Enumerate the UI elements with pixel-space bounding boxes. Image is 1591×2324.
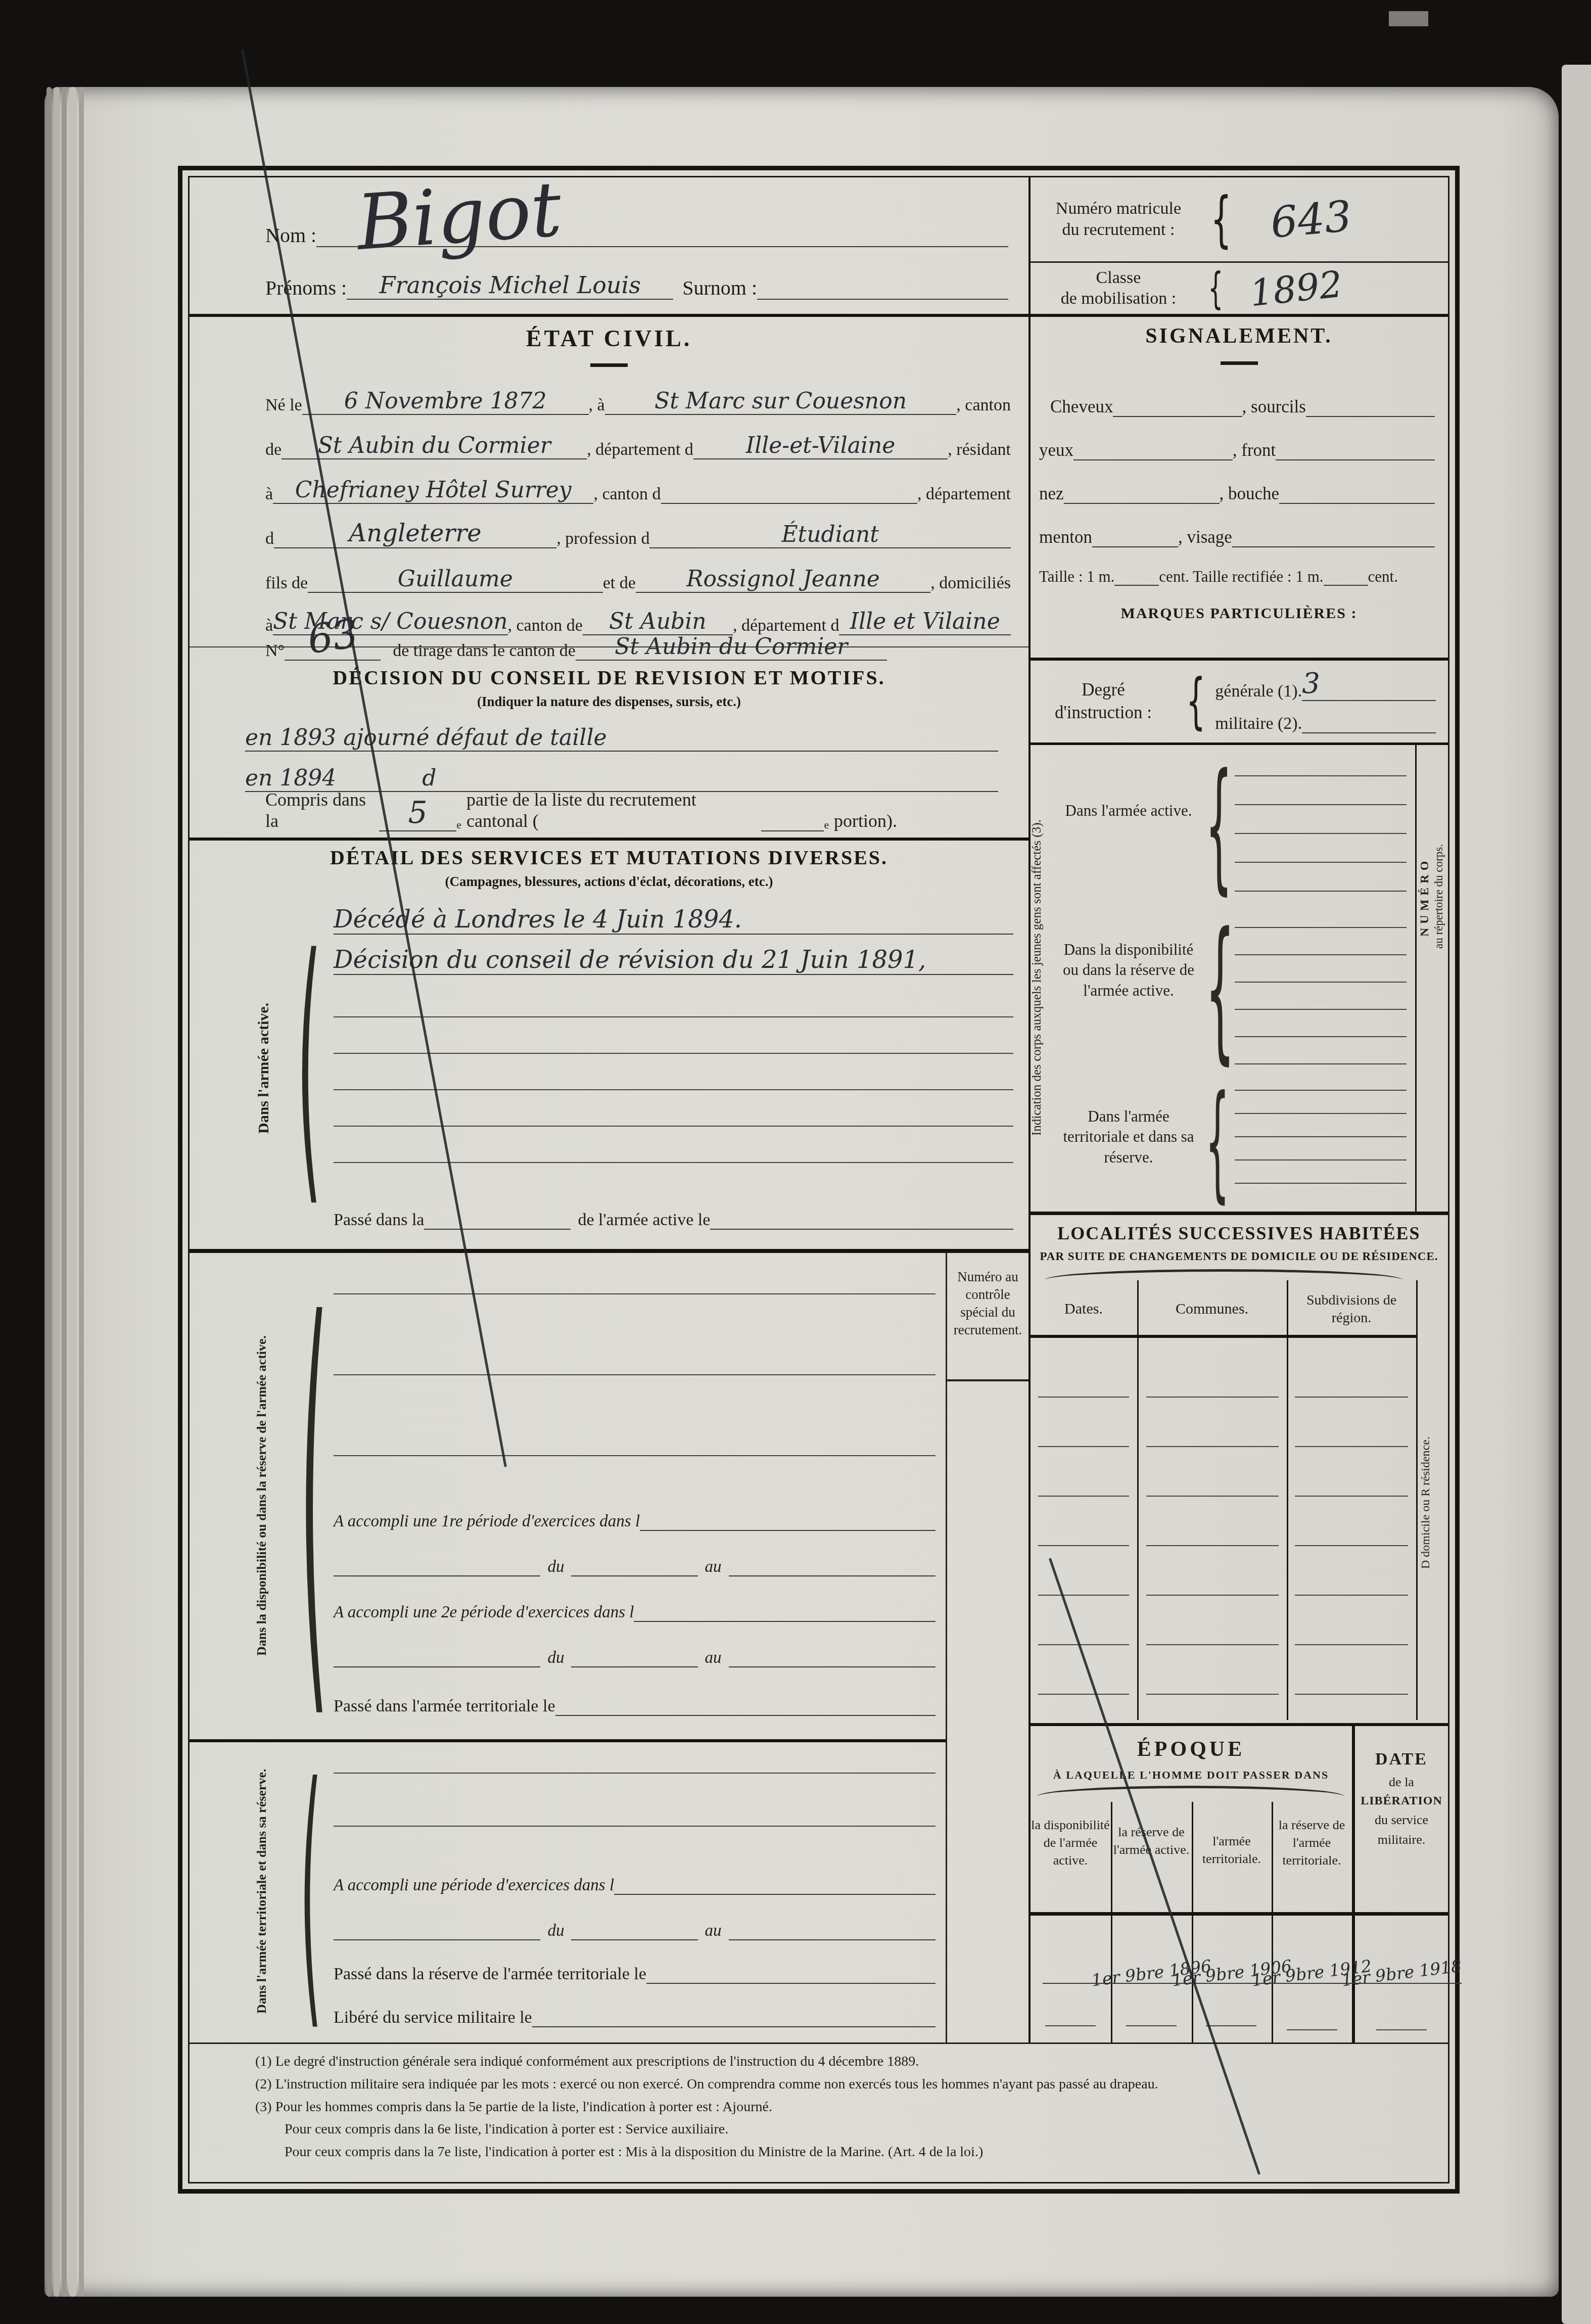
page-stack-edge xyxy=(54,87,60,2297)
au-label: au xyxy=(705,1922,722,1940)
corps-group-territoriale-label: Dans l'armée territoriale et dans sa rés… xyxy=(1058,1106,1199,1168)
corps-group-reserve-brace: { xyxy=(1205,912,1235,1066)
classe-brace: { xyxy=(1208,263,1223,314)
etat-civil-section: ÉTAT CIVIL. Né le 6 Novembre 1872 , à St… xyxy=(190,317,1028,663)
compris-label-1: Compris dans la xyxy=(265,789,379,831)
menton-blank xyxy=(1092,546,1178,547)
date-liberation-header: DATE de la LIBÉRATION du service militai… xyxy=(1355,1746,1448,1849)
profession-d-label: , profession d xyxy=(556,529,649,548)
prenoms-value: François Michel Louis xyxy=(380,271,641,299)
territoriale-periode-label: A accompli une période d'exercices dans … xyxy=(334,1876,614,1895)
blank-line xyxy=(1235,833,1407,834)
col-communes-header: Communes. xyxy=(1137,1300,1287,1318)
corps-group-active: Dans l'armée active. { xyxy=(1058,755,1412,897)
page-stack-edge xyxy=(69,87,77,2297)
libere-label: Libéré du service militaire le xyxy=(334,2008,532,2027)
a-label: , à xyxy=(589,396,605,415)
passe-blank-2 xyxy=(710,1229,1013,1230)
blank-line xyxy=(1235,1009,1407,1010)
page-stack-edge xyxy=(46,87,52,2297)
passe-territoriale-label: Passé dans l'armée territoriale le xyxy=(334,1697,555,1716)
scanned-register-scene: Nom : Bigot Prénoms : François Michel Lo… xyxy=(0,0,1591,2324)
yeux-blank xyxy=(1073,459,1233,460)
du-label: du xyxy=(547,1649,564,1667)
col-divider xyxy=(1416,1280,1418,1720)
repertoire-label-2: au répertoire du corps. xyxy=(1432,755,1444,1038)
disponibilite-side-label: Dans la disponibilité ou dans la réserve… xyxy=(254,1273,297,1718)
blank-line xyxy=(1235,862,1407,863)
blank-line xyxy=(1235,1036,1407,1037)
classe-row: Classe de mobilisation : { 1892 xyxy=(1030,263,1448,314)
canton-d-label: , canton d xyxy=(593,485,661,504)
epoque-value-cell: 1er 9bre 1918 xyxy=(1355,1918,1448,1984)
birthdate-value: 6 Novembre 1872 xyxy=(344,388,547,414)
epoque-subtitle: À LAQUELLE L'HOMME DOIT PASSER DANS xyxy=(1030,1769,1352,1782)
date-values-rule xyxy=(1355,1912,1448,1916)
cell-line xyxy=(1146,1397,1279,1398)
generale-value: 3 xyxy=(1302,667,1320,700)
menton-line: menton , visage xyxy=(1039,516,1435,547)
matricule-label-1: Numéro matricule xyxy=(1035,198,1202,220)
corps-group-reserve: Dans la disponibilité ou dans la réserve… xyxy=(1058,912,1412,1068)
residence-value: Chefrianey Hôtel Surrey xyxy=(295,477,572,503)
cheveux-label: Cheveux xyxy=(1050,397,1113,417)
libere-line: Libéré du service militaire le xyxy=(334,1992,935,2027)
rule-footnotes-top xyxy=(190,2042,1448,2044)
date-header-line: DATE xyxy=(1355,1746,1448,1772)
visage-blank xyxy=(1232,546,1435,547)
repertoire-divider xyxy=(1415,745,1417,1212)
departement-d-label: , département d xyxy=(587,440,693,459)
sourcils-blank xyxy=(1306,416,1435,417)
etat-civil-title: ÉTAT CIVIL. xyxy=(190,325,1028,352)
territoriale-periode-blank xyxy=(614,1894,935,1895)
canton-naissance-value: St Aubin du Cormier xyxy=(318,433,551,458)
epoque-overbrace xyxy=(1037,1786,1344,1796)
cell-line xyxy=(1146,1595,1279,1596)
territoriale-side-label: Dans l'armée territoriale et dans sa rés… xyxy=(254,1752,297,2030)
periode1-du-au-line: du au xyxy=(334,1541,935,1576)
signalement-title: SIGNALEMENT. xyxy=(1030,324,1448,348)
services-section: DÉTAIL DES SERVICES ET MUTATIONS DIVERSE… xyxy=(190,841,1028,1249)
instruction-section: Degré d'instruction : { générale (1). 3 … xyxy=(1030,661,1448,741)
page-stack-edge xyxy=(79,87,84,2297)
services-subtitle: (Campagnes, blessures, actions d'éclat, … xyxy=(190,874,1028,890)
cheveux-blank xyxy=(1113,416,1242,417)
localites-title: LOCALITÉS SUCCESSIVES HABITÉES xyxy=(1030,1223,1448,1244)
blank-line xyxy=(334,1293,935,1294)
blank-line xyxy=(1235,804,1407,805)
numero-label: N° xyxy=(265,641,285,661)
blank-dash xyxy=(1287,2029,1337,2030)
cell-line xyxy=(1038,1496,1129,1497)
cell-line xyxy=(1295,1446,1408,1447)
departement-naissance-value: Ille-et-Vilaine xyxy=(746,433,896,458)
surnom-blank xyxy=(757,299,1008,300)
epoque-title: ÉPOQUE xyxy=(1030,1737,1352,1761)
corner-tab xyxy=(1389,11,1428,26)
periode2-blank xyxy=(634,1621,935,1622)
taille-rectifiee-blank xyxy=(1324,585,1368,586)
periode1-label: A accompli une 1re période d'exercices d… xyxy=(334,1512,640,1531)
bouche-blank xyxy=(1279,503,1435,504)
cent-label: cent. xyxy=(1368,568,1398,586)
epoque-value-5: 1er 9bre 1918 xyxy=(1340,1956,1463,1990)
passe-blank-1 xyxy=(424,1229,571,1230)
decision-line-1: en 1893 ajourné défaut de taille xyxy=(245,725,607,751)
blank-line xyxy=(1235,1183,1407,1184)
blank-line xyxy=(1235,1136,1407,1137)
fils-de-label: fils de xyxy=(265,574,308,593)
blank-line xyxy=(334,1126,1013,1127)
taille-label: Taille : 1 m. xyxy=(1039,568,1114,586)
periode1-line: A accompli une 1re période d'exercices d… xyxy=(334,1496,935,1531)
header-left: Nom : Bigot Prénoms : François Michel Lo… xyxy=(190,177,1028,314)
footnotes: (1) Le degré d'instruction générale sera… xyxy=(255,2051,1418,2177)
et-de-label: et de xyxy=(603,574,636,593)
blank-line xyxy=(1235,1159,1407,1160)
footnote-2: (2) L'instruction militaire sera indiqué… xyxy=(255,2073,1418,2096)
passe-reserve-territoriale-line: Passé dans la réserve de l'armée territo… xyxy=(334,1948,935,1984)
nez-blank xyxy=(1064,503,1220,504)
footnote-5: Pour ceux compris dans la 7e liste, l'in… xyxy=(255,2141,1418,2164)
front-blank xyxy=(1276,459,1435,460)
decision-subtitle: (Indiquer la nature des dispenses, sursi… xyxy=(190,694,1028,710)
decision-line-2b: d xyxy=(422,765,436,791)
nez-label: nez xyxy=(1039,484,1064,504)
generale-label: générale (1). xyxy=(1215,682,1302,701)
cell-line xyxy=(1295,1496,1408,1497)
territoriale-du-au-line: du au xyxy=(334,1905,935,1940)
cheveux-line: Cheveux , sourcils xyxy=(1050,386,1435,417)
cell-line xyxy=(1038,1545,1129,1546)
compris-sup-1: e xyxy=(456,819,461,831)
footnote-1: (1) Le degré d'instruction générale sera… xyxy=(255,2051,1418,2073)
cell-line xyxy=(1038,1397,1129,1398)
au-date-blank xyxy=(729,1575,935,1576)
yeux-line: yeux , front xyxy=(1039,429,1435,460)
taille-blank xyxy=(1114,585,1159,586)
yeux-label: yeux xyxy=(1039,440,1073,460)
blank-line xyxy=(334,1162,1013,1163)
classe-label-2: de mobilisation : xyxy=(1035,289,1202,309)
compris-label-2: partie de la liste du recrutement canton… xyxy=(466,789,761,831)
nom-value: Bigot xyxy=(354,165,565,267)
services-line-1: Décédé à Londres le 4 Juin 1894. xyxy=(334,905,742,934)
du-date-blank xyxy=(571,1666,697,1667)
matricule-row: Numéro matricule du recrutement : { 643 xyxy=(1030,177,1448,263)
blank-line xyxy=(1235,982,1407,983)
passe-reserve-blank xyxy=(646,1983,935,1984)
localites-subtitle: PAR SUITE DE CHANGEMENTS DE DOMICILE OU … xyxy=(1030,1250,1448,1263)
blank-line xyxy=(1235,927,1407,928)
front-label: , front xyxy=(1233,440,1276,460)
epoque-value-cell: 1er 9bre 1912 xyxy=(1272,1918,1352,1984)
signalement-dash xyxy=(1221,361,1258,365)
page-stack-edge xyxy=(62,87,67,2297)
passe-armee-active-line: Passé dans la de l'armée active le xyxy=(334,1194,1013,1230)
localites-table: Dates. Communes. Subdivisions de région.… xyxy=(1030,1280,1448,1720)
cell-line xyxy=(1295,1694,1408,1695)
repertoire-label-1: NUMÉRO xyxy=(1418,755,1431,1038)
classe-label-1: Classe xyxy=(1035,268,1202,289)
mere-value: Rossignol Jeanne xyxy=(686,566,880,592)
col-subdivisions-header: Subdivisions de région. xyxy=(1287,1291,1416,1327)
periode2-du-au-line: du au xyxy=(334,1632,935,1667)
cell-line xyxy=(1146,1496,1279,1497)
tirage-line: N° 63 de tirage dans le canton de St Aub… xyxy=(265,615,887,661)
blank-line xyxy=(334,1016,1013,1017)
passe-2-label: de l'armée active le xyxy=(578,1211,710,1230)
blank-line xyxy=(334,1773,935,1774)
taille-rectifiee-label: cent. Taille rectifiée : 1 m. xyxy=(1159,568,1323,586)
compris-sup-2: e xyxy=(824,819,829,831)
blank-line xyxy=(1235,1090,1407,1091)
marques-label: MARQUES PARTICULIÈRES : xyxy=(1030,605,1448,622)
instruction-label-2: d'instruction : xyxy=(1030,701,1177,724)
epoque-col-2-header: la réserve de l'armée active. xyxy=(1111,1823,1192,1858)
residant-label: , résidant xyxy=(948,440,1011,459)
controle-special-column: Numéro au contrôle spécial du recrutemen… xyxy=(946,1253,1028,2042)
taille-line: Taille : 1 m. cent. Taille rectifiée : 1… xyxy=(1039,555,1435,586)
du-blank xyxy=(334,1939,540,1940)
decision-line-2a: en 1894 xyxy=(245,765,336,791)
corps-group-active-label: Dans l'armée active. xyxy=(1058,801,1199,821)
periode2-label: A accompli une 2e période d'exercices da… xyxy=(334,1603,634,1622)
du-label: du xyxy=(547,1922,564,1940)
cell-line xyxy=(1295,1397,1408,1398)
services-title: DÉTAIL DES SERVICES ET MUTATIONS DIVERSE… xyxy=(190,846,1028,869)
services-side-label: Dans l'armée active. xyxy=(255,926,291,1210)
blank-line xyxy=(1235,954,1407,955)
epoque-values-rule xyxy=(1030,1912,1352,1916)
corps-group-territoriale: Dans l'armée territoriale et dans sa rés… xyxy=(1058,1079,1412,1207)
compris-blank xyxy=(761,830,824,831)
footnote-4: Pour ceux compris dans la 6e liste, l'in… xyxy=(255,2118,1418,2141)
domicilies-label: , domiciliés xyxy=(930,574,1011,593)
menton-label: menton xyxy=(1039,527,1092,547)
cell-line xyxy=(1038,1644,1129,1645)
compris-value: 5 xyxy=(408,795,427,830)
pere-value: Guillaume xyxy=(398,566,513,592)
blank-line xyxy=(1235,891,1407,892)
col-divider xyxy=(1137,1280,1139,1720)
blank-line xyxy=(1235,1063,1407,1064)
visage-label: , visage xyxy=(1178,527,1232,547)
du-label: du xyxy=(547,1558,564,1576)
territoriale-section: Dans l'armée territoriale et dans sa rés… xyxy=(190,1742,943,2042)
matricule-form-inner: Nom : Bigot Prénoms : François Michel Lo… xyxy=(188,176,1449,2183)
instruction-brace: { xyxy=(1186,666,1205,736)
corps-group-territoriale-brace: { xyxy=(1205,1079,1230,1205)
blank-dash xyxy=(1376,2029,1427,2030)
periode2-line: A accompli une 2e période d'exercices da… xyxy=(334,1587,935,1622)
services-line-2: Décision du conseil de révision du 21 Ju… xyxy=(334,946,926,974)
date-header-line: militaire. xyxy=(1355,1830,1448,1849)
classe-value: 1892 xyxy=(1248,262,1344,314)
territoriale-periode-line: A accompli une période d'exercices dans … xyxy=(334,1860,935,1895)
cell-line xyxy=(1146,1446,1279,1447)
passe-reserve-label: Passé dans la réserve de l'armée territo… xyxy=(334,1965,646,1984)
corps-group-reserve-label: Dans la disponibilité ou dans la réserve… xyxy=(1058,940,1199,1001)
cell-line xyxy=(1146,1694,1279,1695)
passe-territoriale-line: Passé dans l'armée territoriale le xyxy=(334,1681,935,1716)
localites-section: LOCALITÉS SUCCESSIVES HABITÉES PAR SUITE… xyxy=(1030,1215,1448,1720)
au-label: au xyxy=(705,1649,722,1667)
nom-label: Nom : xyxy=(265,223,316,247)
ne-le-label: Né le xyxy=(265,396,302,415)
nez-line: nez , bouche xyxy=(1039,473,1435,504)
cell-line xyxy=(1038,1595,1129,1596)
bouche-label: , bouche xyxy=(1220,484,1280,504)
cell-line xyxy=(1295,1545,1408,1546)
cell-line xyxy=(1146,1644,1279,1645)
etat-civil-dash xyxy=(590,363,628,367)
dr-column-label: D domicile ou R résidence. xyxy=(1419,1285,1444,1720)
du-date-blank xyxy=(571,1575,697,1576)
cell-line xyxy=(1038,1694,1129,1695)
decision-title: DÉCISION DU CONSEIL DE REVISION ET MOTIF… xyxy=(190,666,1028,689)
departement2-label: , département xyxy=(917,485,1011,504)
epoque-col-4-header: la réserve de l'armée territoriale. xyxy=(1272,1816,1352,1869)
matricule-form: Nom : Bigot Prénoms : François Michel Lo… xyxy=(178,166,1460,2194)
blank-dash xyxy=(1126,2025,1177,2026)
profession-value: Étudiant xyxy=(781,522,879,547)
blank-line xyxy=(334,1826,935,1827)
libere-blank xyxy=(532,2026,935,2027)
periode1-blank xyxy=(640,1530,935,1531)
col-dates-header: Dates. xyxy=(1030,1300,1137,1318)
passe-territoriale-blank xyxy=(555,1715,936,1716)
col-divider xyxy=(1287,1280,1288,1720)
disponibilite-brace: ( xyxy=(300,1268,328,1723)
epoque-col-3-header: l'armée territoriale. xyxy=(1192,1832,1272,1868)
instruction-label-1: Degré xyxy=(1030,678,1177,702)
passe-1-label: Passé dans la xyxy=(334,1211,424,1230)
cell-line xyxy=(1146,1545,1279,1546)
surnom-label: Surnom : xyxy=(682,276,757,300)
du-date-blank xyxy=(571,1939,697,1940)
next-page-edge xyxy=(1562,65,1591,2324)
sourcils-label: , sourcils xyxy=(1242,397,1306,417)
disponibilite-section: Dans la disponibilité ou dans la réserve… xyxy=(190,1253,943,1739)
blank-line xyxy=(334,1053,1013,1054)
decision-section: DÉCISION DU CONSEIL DE REVISION ET MOTIF… xyxy=(190,663,1028,838)
canton-suffix: , canton xyxy=(956,396,1011,415)
controle-label-rule xyxy=(947,1379,1028,1381)
cell-line xyxy=(1038,1446,1129,1447)
localites-header-rule xyxy=(1030,1335,1416,1338)
du-blank xyxy=(334,1666,540,1667)
corps-side-label: Indication des corps auxquels les jeunes… xyxy=(1030,750,1056,1205)
header-right: Numéro matricule du recrutement : { 643 … xyxy=(1030,177,1448,314)
matricule-label-2: du recrutement : xyxy=(1035,219,1202,241)
a2-label: à xyxy=(265,485,273,504)
matricule-brace: { xyxy=(1210,184,1232,255)
controle-special-label: Numéro au contrôle spécial du recrutemen… xyxy=(951,1268,1024,1339)
corps-section: Indication des corps auxquels les jeunes… xyxy=(1030,745,1448,1212)
blank-line xyxy=(1235,1113,1407,1114)
epoque-section: ÉPOQUE À LAQUELLE L'HOMME DOIT PASSER DA… xyxy=(1030,1726,1448,2042)
compris-label-3: portion). xyxy=(834,810,897,831)
tirage-number: 63 xyxy=(305,611,361,663)
d-label: d xyxy=(265,529,274,548)
pays-value: Angleterre xyxy=(349,519,482,547)
blank-dash xyxy=(1206,2025,1256,2026)
territoriale-brace: ( xyxy=(300,1750,322,2033)
au-date-blank xyxy=(729,1666,935,1667)
militaire-blank xyxy=(1302,732,1436,733)
services-brace: ( xyxy=(297,921,321,1210)
cell-line xyxy=(1295,1595,1408,1596)
prenoms-label: Prénoms : xyxy=(265,276,347,300)
du-blank xyxy=(334,1575,540,1576)
au-label: au xyxy=(705,1558,722,1576)
date-header-line: LIBÉRATION xyxy=(1355,1792,1448,1810)
corps-group-active-brace: { xyxy=(1205,755,1232,897)
blank-line xyxy=(334,1455,935,1456)
date-header-line: du service xyxy=(1355,1810,1448,1830)
tirage-label: de tirage dans le canton de xyxy=(393,641,576,661)
date-header-line: de la xyxy=(1355,1772,1448,1792)
localites-overbrace xyxy=(1045,1269,1402,1280)
de-label: de xyxy=(265,440,282,459)
matricule-value: 643 xyxy=(1269,191,1353,248)
blank-line xyxy=(334,1374,935,1375)
tirage-canton-value: St Aubin du Cormier xyxy=(615,634,848,660)
birthplace-value: St Marc sur Couesnon xyxy=(654,388,907,414)
au-date-blank xyxy=(729,1939,935,1940)
epoque-col-1-header: la disponibilité de l'armée active. xyxy=(1030,1816,1111,1869)
signalement-section: SIGNALEMENT. Cheveux , sourcils yeux , f… xyxy=(1030,317,1448,658)
militaire-label: militaire (2). xyxy=(1215,714,1302,733)
blank-line xyxy=(1235,775,1407,776)
cell-line xyxy=(1295,1644,1408,1645)
blank-dash xyxy=(1045,2025,1096,2026)
footnote-3: (3) Pour les hommes compris dans la 5e p… xyxy=(255,2096,1418,2119)
blank-line xyxy=(334,1089,1013,1090)
